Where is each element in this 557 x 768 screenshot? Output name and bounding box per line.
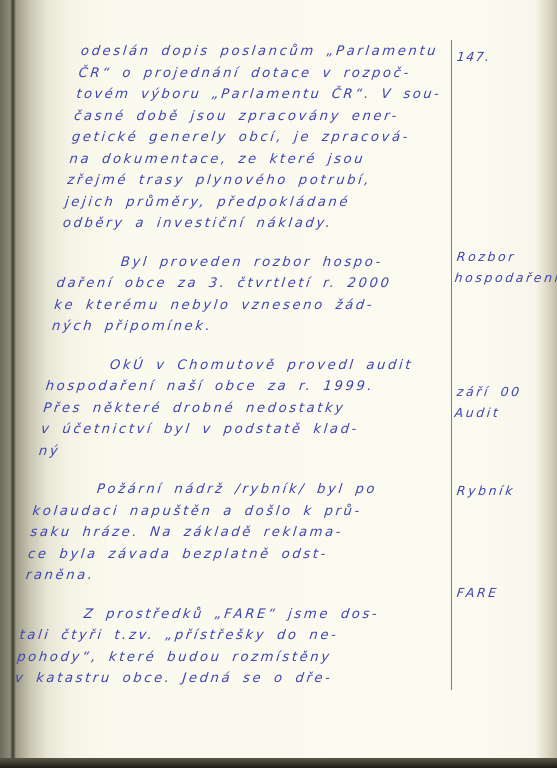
text-line: tovém výboru „Parlamentu ČR“. V sou- bbox=[75, 84, 442, 106]
text-line: Přes některé drobné nedostatky bbox=[42, 398, 409, 420]
paragraph-rozbor: Byl proveden rozbor hospo- daření obce z… bbox=[51, 252, 425, 338]
margin-note-rozbor: Rozbor hospodaření bbox=[454, 246, 557, 288]
margin-note-rybnik: Rybník bbox=[456, 480, 516, 501]
text-line: zřejmé trasy plynového potrubí, bbox=[66, 170, 433, 192]
margin-note-line: hospodaření bbox=[454, 267, 557, 288]
paragraph-audit: OkÚ v Chomutově provedl audit hospodařen… bbox=[38, 355, 414, 463]
margin-note-line: Rozbor bbox=[456, 246, 557, 267]
text-line: na dokumentace, ze které jsou bbox=[68, 149, 435, 171]
text-line: raněna. bbox=[25, 565, 392, 587]
text-line: Požární nádrž /rybník/ byl po bbox=[34, 479, 401, 501]
text-line: ČR“ o projednání dotace v rozpoč- bbox=[77, 63, 444, 85]
paragraph-dotace: odeslán dopis poslancům „Parlamentu ČR“ … bbox=[62, 41, 447, 235]
margin-note-line: Rybník bbox=[456, 480, 516, 501]
text-line: Z prostředků „FARE“ jsme dos- bbox=[21, 604, 388, 626]
text-line: Byl proveden rozbor hospo- bbox=[58, 252, 425, 274]
margin-note-line: Audit bbox=[454, 402, 521, 423]
text-line: časné době jsou zpracovány ener- bbox=[73, 106, 440, 128]
margin-note-fare: FARE bbox=[456, 582, 500, 603]
paragraph-fare: Z prostředků „FARE“ jsme dos- tali čtyři… bbox=[14, 604, 388, 690]
body-text: odeslán dopis poslancům „Parlamentu ČR“ … bbox=[14, 41, 447, 690]
text-line: kolaudaci napuštěn a došlo k prů- bbox=[31, 501, 398, 523]
text-line: v katastru obce. Jedná se o dře- bbox=[14, 668, 381, 690]
text-line: v účetnictví byl v podstatě klad- bbox=[40, 419, 407, 441]
text-line: odběry a investiční náklady. bbox=[62, 213, 429, 235]
text-line: daření obce za 3. čtvrtletí r. 2000 bbox=[55, 273, 422, 295]
text-line: odeslán dopis poslancům „Parlamentu bbox=[80, 41, 447, 63]
page-number: 147. bbox=[456, 46, 492, 67]
chronicle-page: odeslán dopis poslancům „Parlamentu ČR“ … bbox=[0, 0, 557, 762]
text-line: pohody“, které budou rozmístěny bbox=[16, 647, 383, 669]
margin-note-audit: září 00 Audit bbox=[454, 381, 523, 423]
text-line: hospodaření naší obce za r. 1999. bbox=[45, 376, 412, 398]
margin-note-line: FARE bbox=[456, 582, 500, 603]
text-line: saku hráze. Na základě reklama- bbox=[29, 522, 396, 544]
paragraph-rybnik: Požární nádrž /rybník/ byl po kolaudaci … bbox=[25, 479, 401, 587]
margin-rule-line bbox=[451, 40, 452, 690]
text-line: ce byla závada bezplatně odst- bbox=[27, 544, 394, 566]
text-line: tali čtyři t.zv. „přístřešky do ne- bbox=[18, 625, 385, 647]
text-line: jejich průměry, předpokládané bbox=[64, 192, 431, 214]
text-line: ných připomínek. bbox=[51, 316, 418, 338]
text-line: getické generely obcí, je zpracová- bbox=[71, 127, 438, 149]
text-line: ke kterému nebylo vzneseno žád- bbox=[53, 295, 420, 317]
text-line: OkÚ v Chomutově provedl audit bbox=[47, 355, 414, 377]
text-line: ný bbox=[38, 441, 405, 463]
book-bottom-edge bbox=[0, 758, 557, 768]
margin-note-line: září 00 bbox=[456, 381, 523, 402]
